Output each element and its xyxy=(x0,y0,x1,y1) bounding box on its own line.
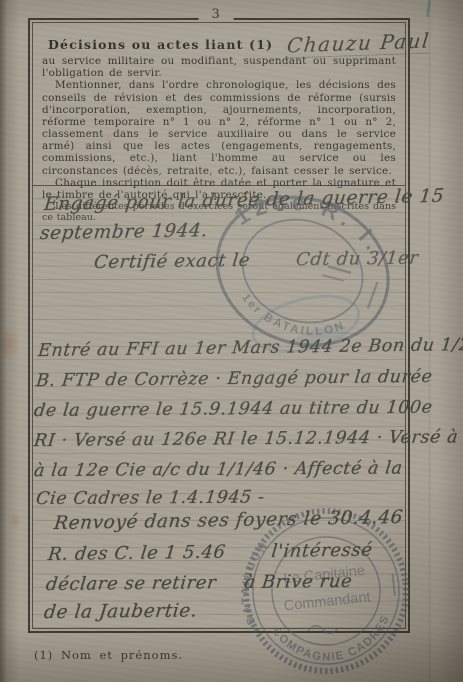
handwritten-segment: Cdt du 3/1er xyxy=(295,247,420,270)
paper-stain xyxy=(4,508,26,534)
handwritten-entry-line: septembre 1944. xyxy=(39,220,209,244)
handwritten-entry-line: à la 12e Cie a/c du 1/1/46 · Affecté à l… xyxy=(33,458,404,481)
handwritten-segment: à Brive rue xyxy=(243,571,353,593)
paper-stain xyxy=(96,128,122,146)
instructions-paragraph-1: au service militaire ou modifiant, suspe… xyxy=(42,55,396,79)
handwritten-entry-line: B. FTP de Corrèze · Engagé pour la durée xyxy=(35,367,434,391)
handwriting-gap xyxy=(249,265,295,266)
handwritten-segment: l'intéressé xyxy=(270,539,373,561)
handwritten-segment: déclare se retirer xyxy=(45,572,218,595)
handwritten-entry-line: RI · Versé au 126e RI le 15.12.1944 · Ve… xyxy=(33,427,459,451)
section-title: Décisions ou actes liant (1) xyxy=(48,37,273,52)
footnote: (1) Nom et prénoms. xyxy=(34,648,183,662)
stamp-bar-mark xyxy=(368,282,378,308)
military-booklet-page: 3 Décisions ou actes liant (1) Chauzu Pa… xyxy=(0,0,463,682)
handwritten-entry-line: de la guerre le 15.9.1944 au titre du 10… xyxy=(33,398,434,421)
paper-crease xyxy=(428,0,431,682)
paper-stain xyxy=(0,318,26,370)
handwritten-entry-line: déclare se retirerà Brive rue xyxy=(45,571,354,595)
stamp-bar-mark xyxy=(393,574,395,596)
stamp-center-line2: Commandant xyxy=(283,589,371,614)
handwritten-segment: R. des C. le 1 5.46 xyxy=(47,542,227,566)
handwritten-entry-line: de la Jaubertie. xyxy=(43,600,199,623)
handwritten-segment: Certifié exact le xyxy=(93,250,251,273)
instructions-paragraph-2: Mentionner, dans l'ordre chronologique, … xyxy=(42,79,396,176)
handwriting-gap xyxy=(225,557,271,558)
stamp-flourish xyxy=(308,623,339,635)
stamp-arc-bottom-textpath: COMPAGNIE CADRES xyxy=(269,612,397,670)
handwritten-name: Chauzu Paul xyxy=(286,28,432,58)
stamp-dash-mark xyxy=(323,273,344,282)
stamp-arc-bottom-text: COMPAGNIE CADRES xyxy=(269,612,397,670)
title-row: Décisions ou actes liant (1) Chauzu Paul xyxy=(48,32,396,52)
handwritten-entry-line: Cie Cadres le 1.4.1945 - xyxy=(35,487,266,509)
instructions-block: Décisions ou actes liant (1) Chauzu Paul… xyxy=(33,23,405,186)
page-number: 3 xyxy=(199,7,234,22)
